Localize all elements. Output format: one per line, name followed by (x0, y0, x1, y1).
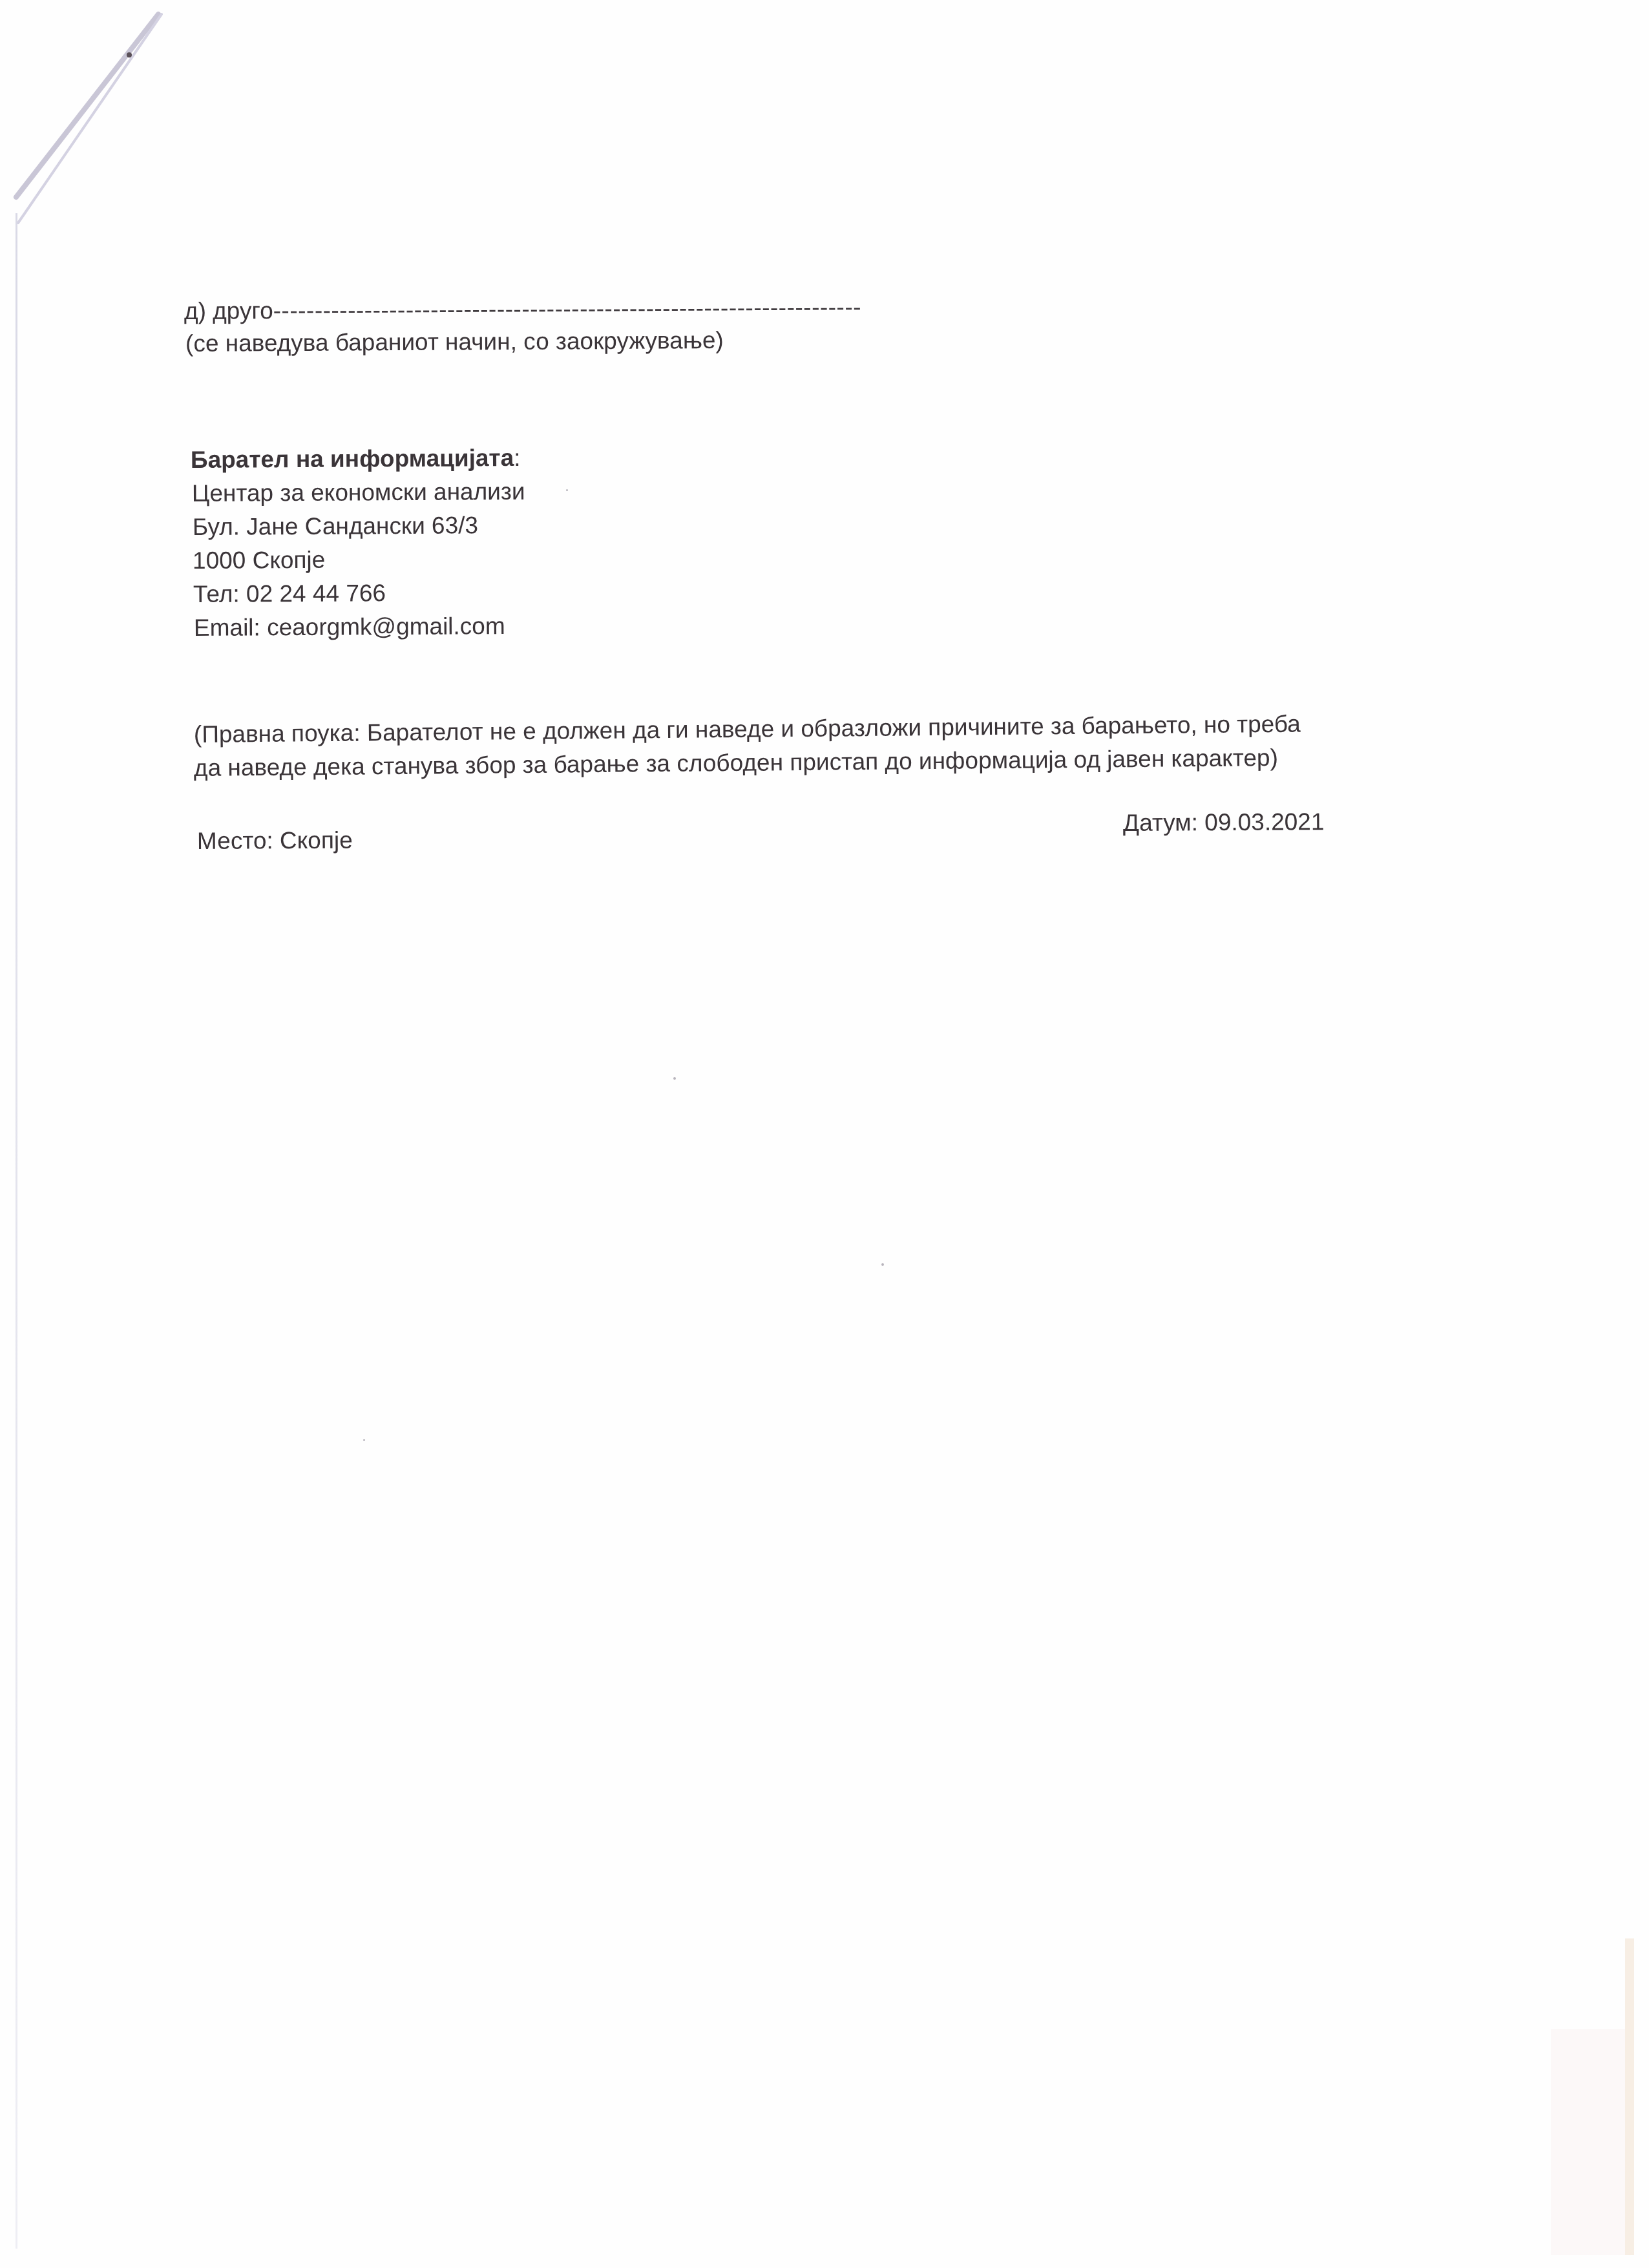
page-corner-fold-mark (0, 0, 194, 271)
instruction-note: (се наведува бараниот начин, со заокружу… (185, 326, 724, 358)
scan-right-edge (1625, 1938, 1634, 2255)
requester-address: Бул. Јане Сандански 63/3 (193, 511, 478, 541)
requester-organization: Центар за економски анализи (192, 478, 525, 509)
scan-speck (363, 1439, 365, 1441)
scan-speck (673, 1077, 676, 1080)
requester-heading-text: Барател на информацијата (191, 445, 514, 473)
scan-speck (881, 1263, 884, 1266)
requester-heading: Барател на информацијата: (191, 444, 521, 475)
legal-notice-line-1: (Правна поука: Барателот не е должен да … (194, 710, 1301, 750)
requester-city: 1000 Скопје (193, 546, 326, 576)
option-other-line: д) друго--------------------------------… (184, 293, 861, 326)
scan-left-edge (16, 213, 17, 2249)
place: Место: Скопје (197, 826, 353, 856)
scan-shadow (1551, 2029, 1625, 2255)
fill-in-dashes: ----------------------------------------… (273, 294, 862, 324)
option-other-label: д) друго (184, 297, 273, 324)
requester-phone: Тел: 02 24 44 766 (193, 579, 386, 609)
requester-email: Email: ceaorgmk@gmail.com (194, 612, 505, 642)
legal-notice-line-2: да наведе дека станува збор за барање за… (194, 744, 1278, 782)
scanned-page: д) друго--------------------------------… (0, 0, 1649, 2268)
date: Датум: 09.03.2021 (1123, 808, 1325, 837)
requester-heading-colon: : (514, 445, 521, 471)
scan-speck (566, 489, 568, 491)
